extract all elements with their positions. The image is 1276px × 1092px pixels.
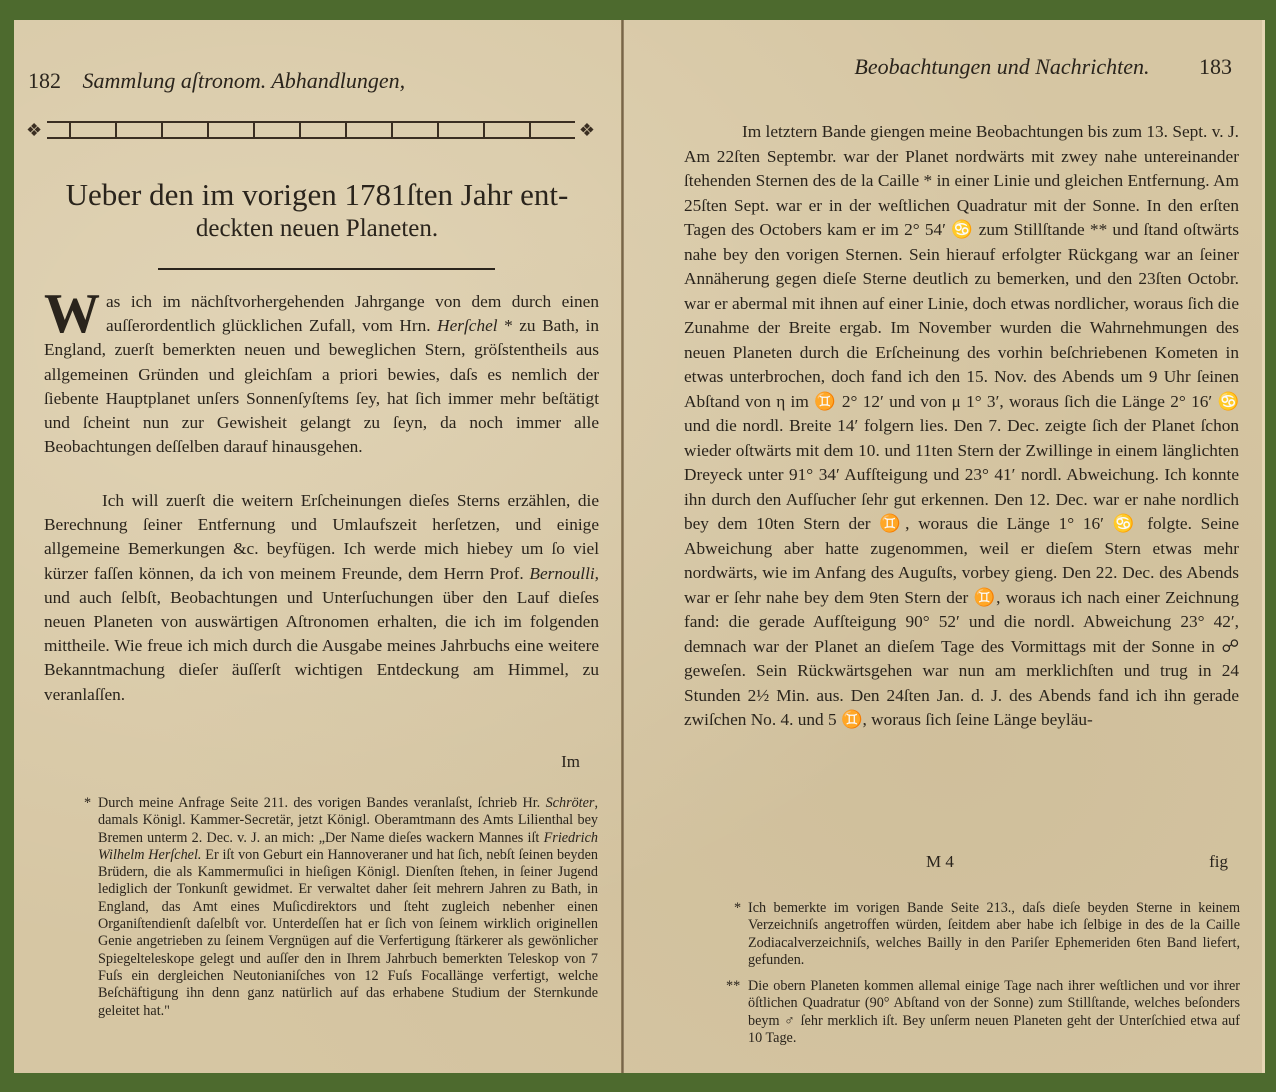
name-herschel: Herſchel: [437, 316, 497, 335]
right-running-head: Beobachtungen und Nachrichten. 183: [854, 54, 1232, 80]
ornament-right-icon: ❖: [579, 120, 596, 141]
paragraph-text: Ich will zuerſt die weitern Erſcheinunge…: [44, 491, 599, 583]
running-head-title: Beobachtungen und Nachrichten.: [854, 54, 1149, 79]
footnote-text: Die obern Planeten kommen allemal einige…: [748, 978, 1240, 1046]
footnote-text: Er iſt von Geburt ein Hannoveraner und h…: [98, 847, 598, 1019]
paragraph-1: Was ich im nächſtvorhergehenden Jahrgang…: [44, 290, 599, 459]
footnote-2: ** Die obern Planeten kommen allemal ein…: [748, 978, 1240, 1047]
running-head-title: Sammlung aſtronom. Abhandlungen,: [83, 68, 406, 93]
name-bernoulli: Bernoulli,: [529, 564, 599, 583]
book-spread: 182 Sammlung aſtronom. Abhandlungen, ❖ ❖…: [14, 20, 1265, 1073]
title-rule: [158, 268, 495, 270]
catchword: fig: [1209, 852, 1228, 872]
page-number: 183: [1199, 54, 1232, 79]
catchword: Im: [561, 752, 580, 772]
ornamental-border: ❖ ❖: [26, 117, 596, 143]
right-page: Beobachtungen und Nachrichten. 183 Im le…: [626, 20, 1262, 1073]
paragraph-text: und auch ſelbſt, Beobachtungen und Unter…: [44, 588, 599, 704]
article-title-line1: Ueber den im vorigen 1781ſten Jahr ent-: [66, 177, 569, 212]
paragraph-2: Ich will zuerſt die weitern Erſcheinunge…: [44, 489, 599, 707]
left-running-head: 182 Sammlung aſtronom. Abhandlungen,: [28, 68, 405, 94]
ornament-band: [47, 121, 575, 139]
paragraph-1: Im letztern Bande giengen meine Beobacht…: [684, 120, 1239, 733]
footnote: * Durch meine Anfrage Seite 211. des vor…: [98, 795, 598, 1020]
footnote-1: * Ich bemerkte im vorigen Bande Seite 21…: [748, 900, 1240, 969]
article-title-line2: deckten neuen Planeten.: [32, 212, 602, 246]
left-page: 182 Sammlung aſtronom. Abhandlungen, ❖ ❖…: [14, 20, 620, 1073]
page-number: 182: [28, 68, 61, 93]
drop-cap: W: [44, 292, 100, 336]
book-gutter: [621, 20, 624, 1073]
name-schroeter: Schröter: [546, 795, 595, 811]
signature-mark: M 4: [926, 852, 954, 872]
footnote-text: Durch meine Anfrage Seite 211. des vorig…: [98, 795, 546, 811]
paragraph-text: * zu Bath, in England, zuerſt bemerkten …: [44, 316, 599, 456]
footnote-mark: *: [84, 795, 91, 812]
article-title: Ueber den im vorigen 1781ſten Jahr ent- …: [32, 178, 602, 246]
footnote-mark: *: [734, 900, 741, 917]
footnote-text: Ich bemerkte im vorigen Bande Seite 213.…: [748, 900, 1240, 968]
ornament-left-icon: ❖: [26, 120, 43, 141]
footnote-mark: **: [726, 978, 740, 995]
